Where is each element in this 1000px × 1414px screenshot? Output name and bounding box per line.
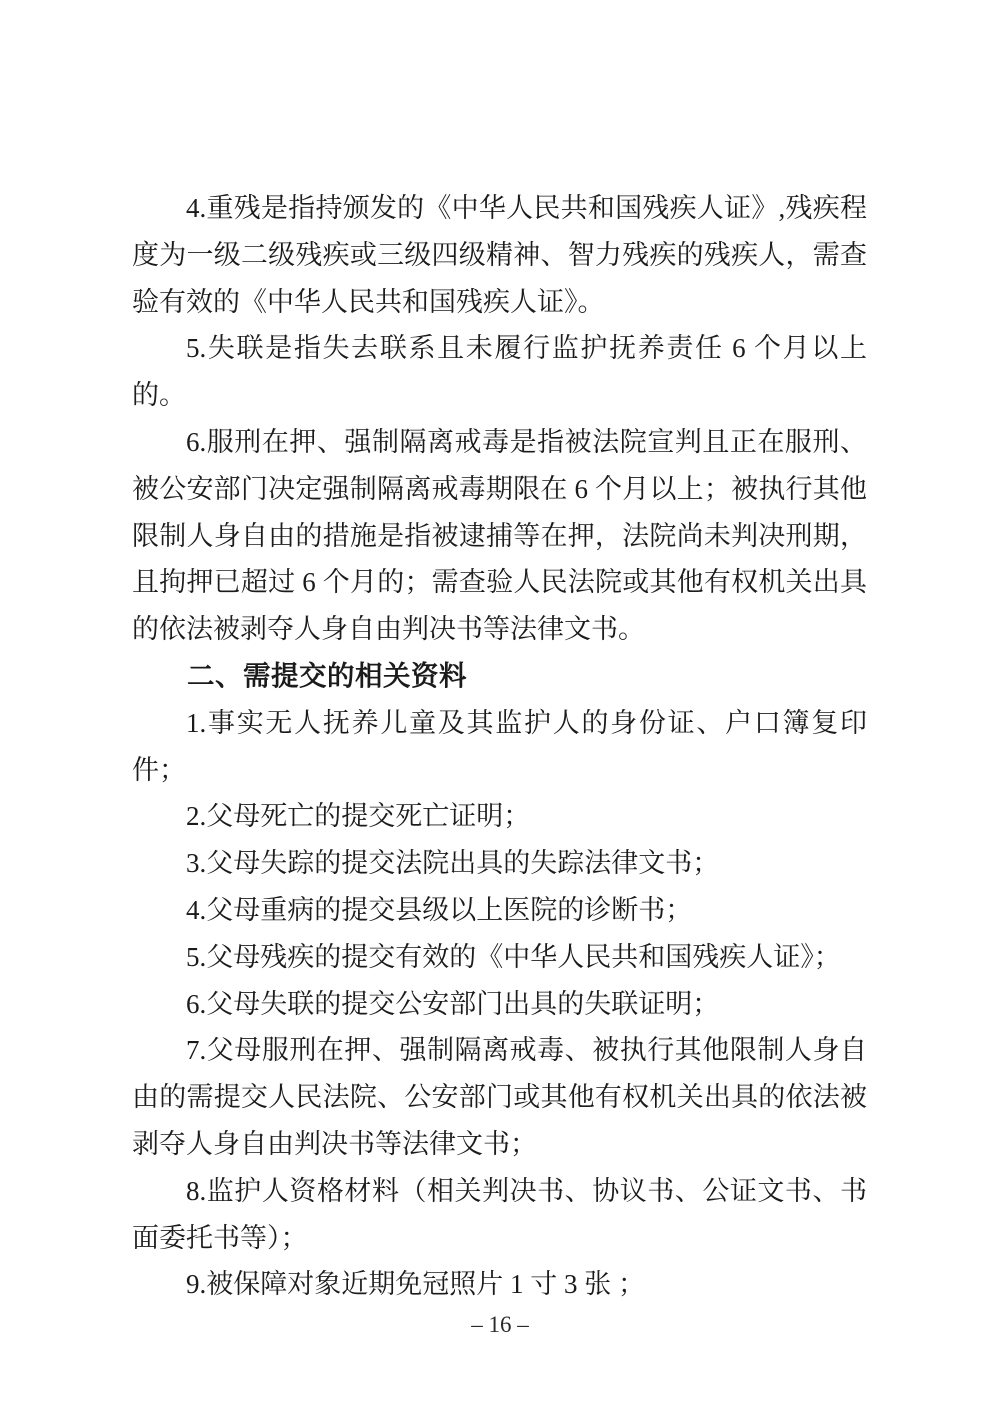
list-item-2: 2.父母死亡的提交死亡证明；: [132, 793, 867, 840]
list-item-3: 3.父母失踪的提交法院出具的失踪法律文书；: [132, 840, 867, 887]
document-body: 4.重残是指持颁发的《中华人民共和国残疾人证》,残疾程度为一级二级残疾或三级四级…: [132, 185, 867, 1308]
list-item-7: 7.父母服刑在押、强制隔离戒毒、被执行其他限制人身自由的需提交人民法院、公安部门…: [132, 1027, 867, 1167]
paragraph-definition-6-imprisonment: 6.服刑在押、强制隔离戒毒是指被法院宣判且正在服刑、被公安部门决定强制隔离戒毒期…: [132, 419, 867, 653]
section-heading-required-materials: 二、需提交的相关资料: [132, 653, 867, 700]
page-number: – 16 –: [0, 1312, 1000, 1338]
list-item-4: 4.父母重病的提交县级以上医院的诊断书；: [132, 887, 867, 934]
list-item-1: 1.事实无人抚养儿童及其监护人的身份证、户口簿复印件；: [132, 700, 867, 794]
list-item-8: 8.监护人资格材料（相关判决书、协议书、公证文书、书面委托书等）；: [132, 1168, 867, 1262]
list-item-6: 6.父母失联的提交公安部门出具的失联证明；: [132, 981, 867, 1028]
paragraph-definition-4-severe-disability: 4.重残是指持颁发的《中华人民共和国残疾人证》,残疾程度为一级二级残疾或三级四级…: [132, 185, 867, 325]
list-item-5: 5.父母残疾的提交有效的《中华人民共和国残疾人证》；: [132, 934, 867, 981]
paragraph-definition-5-lost-contact: 5.失联是指失去联系且未履行监护抚养责任 6 个月以上的。: [132, 325, 867, 419]
list-item-9: 9.被保障对象近期免冠照片 1 寸 3 张 ；: [132, 1261, 867, 1308]
document-page: 4.重残是指持颁发的《中华人民共和国残疾人证》,残疾程度为一级二级残疾或三级四级…: [0, 0, 1000, 1414]
